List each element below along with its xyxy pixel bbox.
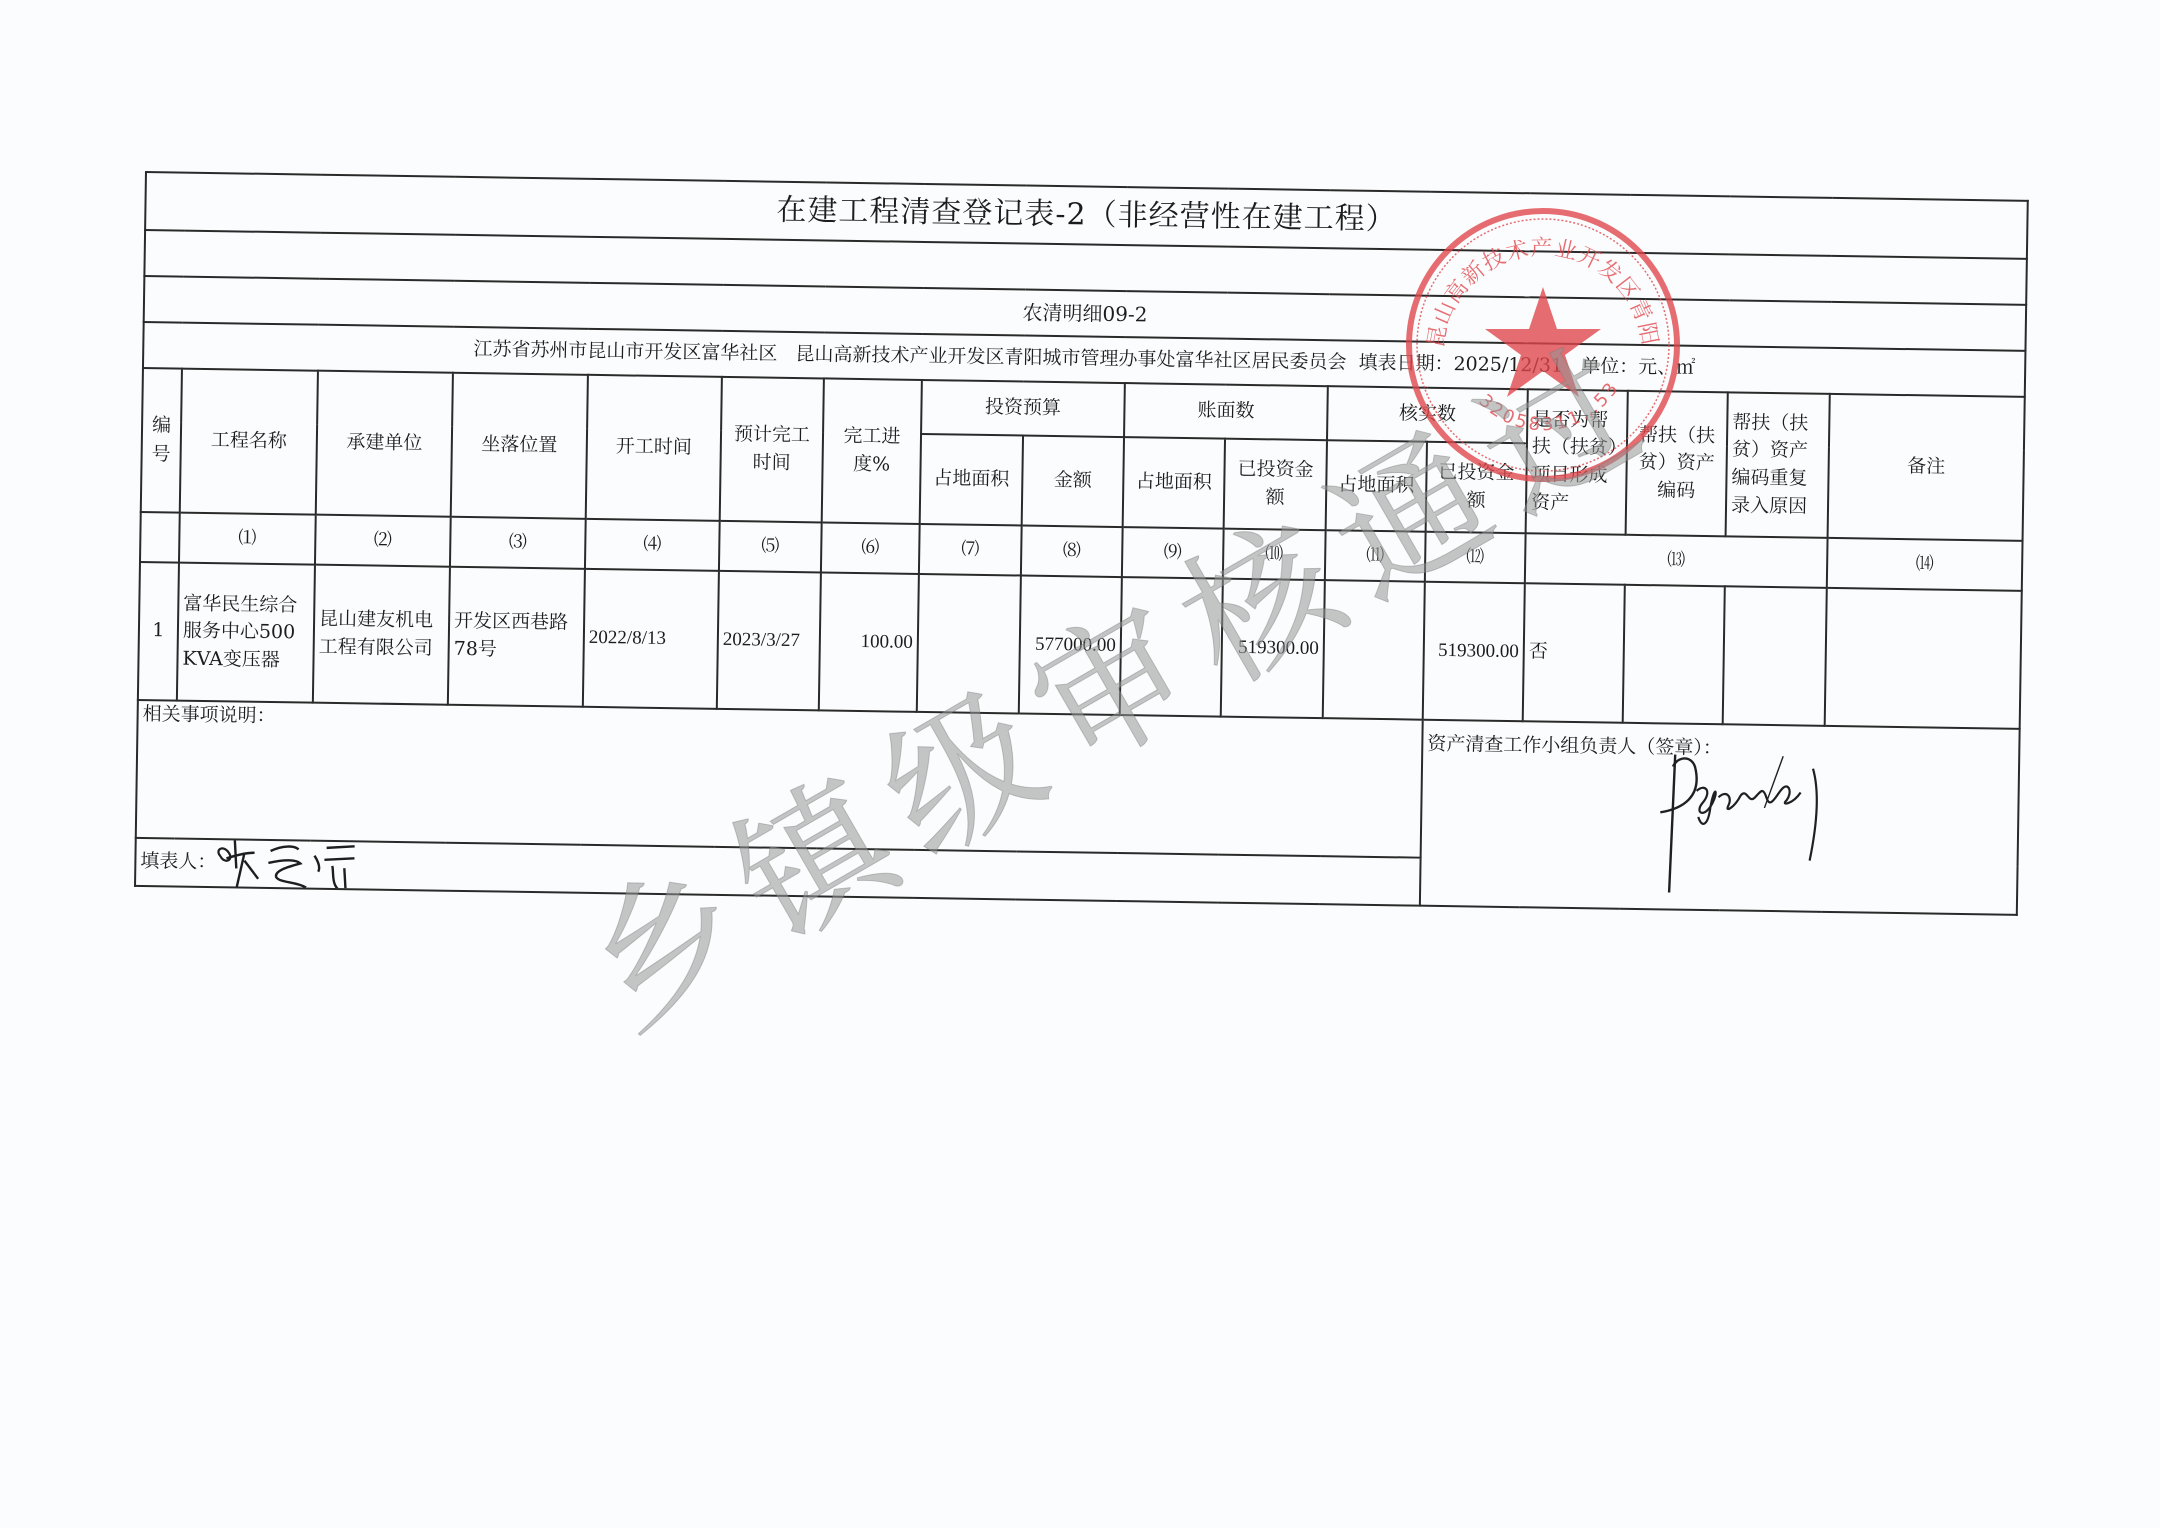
header-contractor: 承建单位 <box>316 371 453 517</box>
header-remarks: 备注 <box>1828 394 2025 541</box>
cell-duplicate-reason <box>1723 586 1827 726</box>
fill-date-label: 填表日期： <box>1358 352 1453 375</box>
index-label: ⑺ <box>919 524 1022 576</box>
unit-label: 单位： <box>1581 355 1638 378</box>
cell-start-date: 2022/8/13 <box>583 569 719 709</box>
index-label: ⒁ <box>1827 538 2023 591</box>
leader-sign-section: 资产清查工作小组负责人（签章）： <box>1420 720 2020 915</box>
filler-signature <box>214 838 375 899</box>
index-label: ⑻ <box>1021 526 1123 578</box>
cell-expected-completion: 2023/3/27 <box>717 571 821 711</box>
registration-table: 在建工程清查登记表-2（非经营性在建工程） 农清明细09-2 江苏省苏州市昆山市… <box>134 171 2029 916</box>
index-label: ⑴ <box>179 513 316 565</box>
form-sheet: 在建工程清查登记表-2（非经营性在建工程） 农清明细09-2 江苏省苏州市昆山市… <box>135 171 2027 868</box>
header-progress: 完工进度% <box>822 378 922 523</box>
cell-contractor: 昆山建友机电工程有限公司 <box>313 565 450 705</box>
fill-date-value: 2025/12/31 <box>1453 353 1563 377</box>
header-project-name: 工程名称 <box>180 369 318 515</box>
cell-budget-amount: 577000.00 <box>1019 575 1122 715</box>
index-label: ⒀ <box>1525 533 1828 588</box>
cell-remarks <box>1825 588 2022 729</box>
header-start-date: 开工时间 <box>586 375 722 521</box>
index-label: ⑿ <box>1425 532 1526 584</box>
cell-verified-land-area <box>1323 580 1425 720</box>
cell-book-land-area <box>1120 577 1223 717</box>
index-blank <box>140 512 180 563</box>
header-poverty-asset-code: 帮扶（扶贫）资产编码 <box>1626 391 1728 537</box>
index-label: ⑽ <box>1223 529 1326 581</box>
notes-label: 相关事项说明： <box>142 703 275 727</box>
index-label: ⑹ <box>821 522 920 573</box>
filler-label: 填表人： <box>140 850 216 873</box>
index-label: ⑵ <box>315 515 451 567</box>
notes-section: 相关事项说明： <box>136 700 1423 858</box>
header-expected-completion: 预计完工时间 <box>720 377 824 523</box>
index-label: ⑼ <box>1122 527 1224 579</box>
unit-value: 元、㎡ <box>1638 356 1695 379</box>
header-verified-group: 核实数 <box>1327 386 1528 443</box>
index-label: ⑶ <box>450 517 586 569</box>
header-no: 编号 <box>141 368 182 513</box>
leader-signature <box>1651 746 1843 899</box>
organization-text: 昆山高新技术产业开发区青阳城市管理办事处富华社区居民委员会 <box>795 343 1346 373</box>
cell-is-poverty-asset: 否 <box>1523 583 1625 723</box>
header-book-land-area: 占地面积 <box>1123 437 1225 529</box>
cell-book-invested-amount: 519300.00 <box>1221 579 1325 719</box>
header-budget-land-area: 占地面积 <box>920 434 1023 526</box>
header-book-group: 账面数 <box>1124 383 1328 440</box>
index-label: ⑷ <box>585 519 720 571</box>
header-budget-group: 投资预算 <box>921 380 1125 437</box>
header-book-invested-amount: 已投资金额 <box>1224 439 1327 531</box>
cell-project-name: 富华民生综合服务中心500KVA变压器 <box>177 563 315 703</box>
cell-poverty-asset-code <box>1623 585 1725 725</box>
header-location: 坐落位置 <box>451 373 588 519</box>
header-duplicate-reason: 帮扶（扶贫）资产编码重复录入原因 <box>1726 392 1830 538</box>
index-label: ⑸ <box>719 521 822 573</box>
region-text: 江苏省苏州市昆山市开发区富华社区 <box>473 338 777 365</box>
cell-progress: 100.00 <box>819 572 919 711</box>
cell-location: 开发区西巷路78号 <box>448 567 585 707</box>
index-label: ⑾ <box>1325 530 1426 582</box>
header-budget-amount: 金额 <box>1022 436 1124 528</box>
header-is-poverty-asset: 是否为帮扶（扶贫）项目形成资产 <box>1526 389 1628 535</box>
cell-verified-invested-amount: 519300.00 <box>1423 582 1525 722</box>
leader-label: 资产清查工作小组负责人（签章）： <box>1427 721 2015 768</box>
header-verified-invested-amount: 已投资金额 <box>1426 442 1527 534</box>
cell-no: 1 <box>138 562 179 701</box>
header-verified-land-area: 占地面积 <box>1326 440 1427 532</box>
cell-budget-land-area <box>917 574 1021 714</box>
